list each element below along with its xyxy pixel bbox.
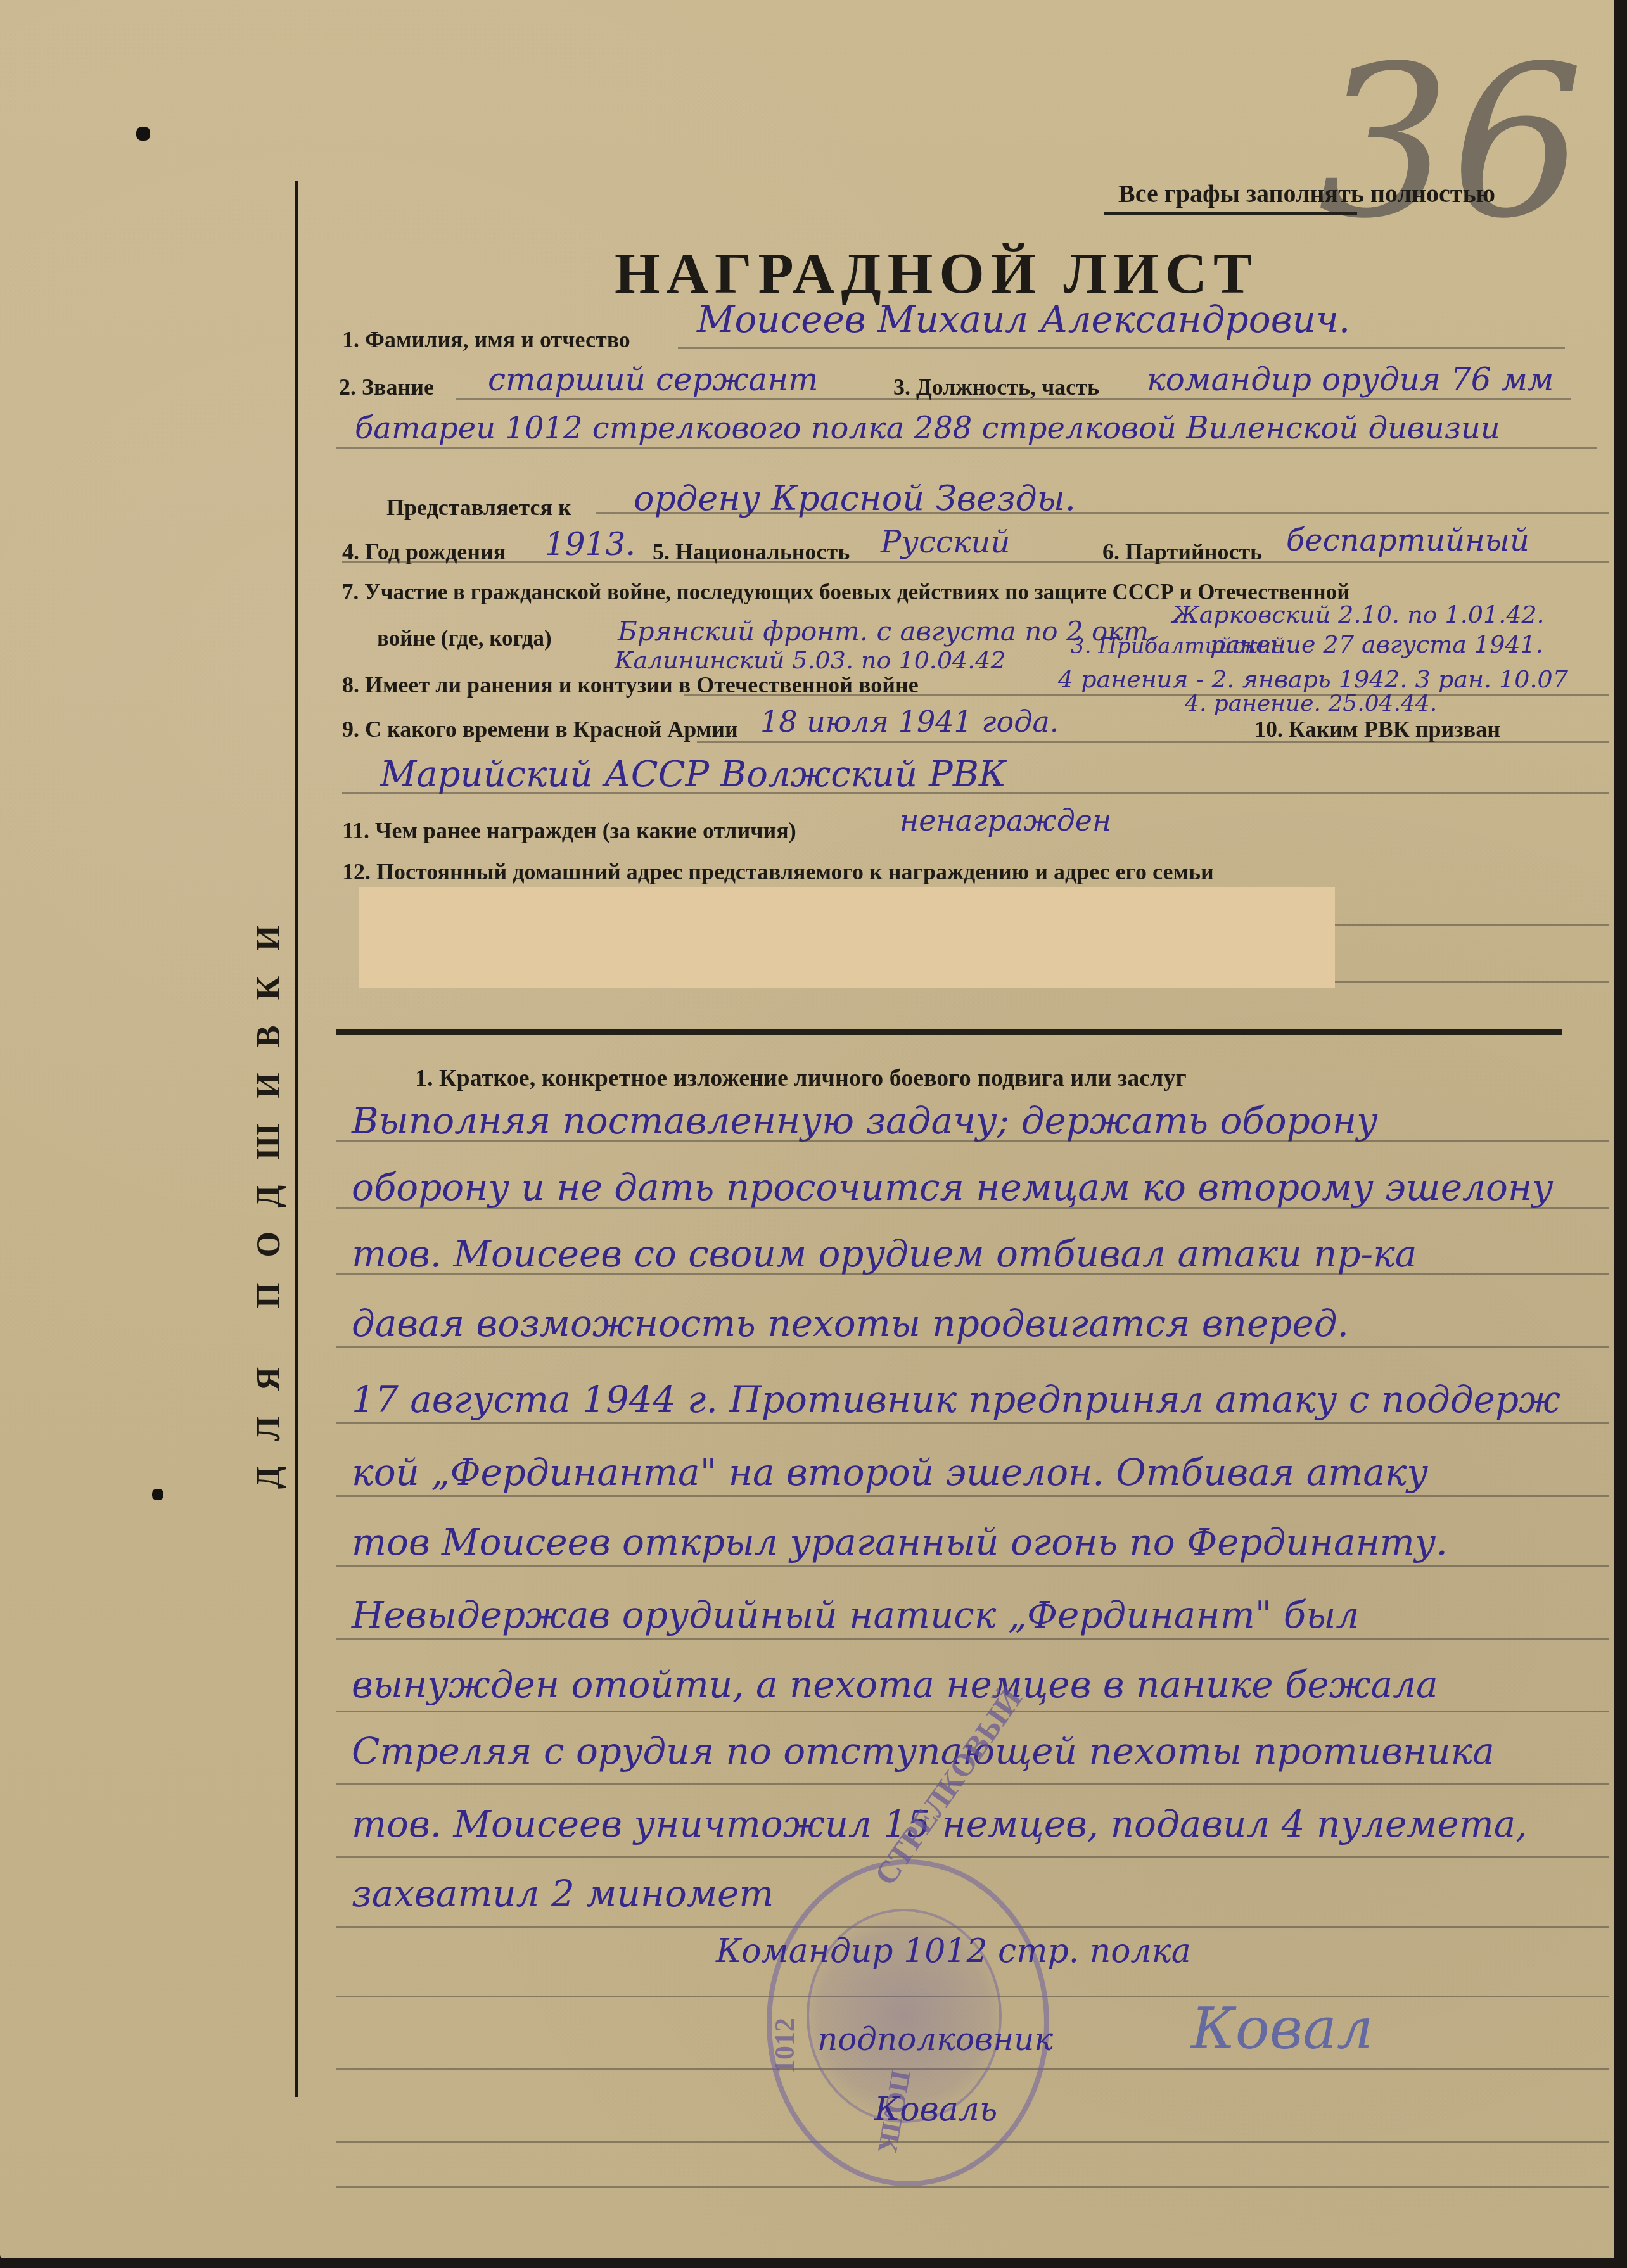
nominated-line: [596, 512, 1609, 514]
field-4-value: 1913.: [545, 526, 635, 563]
field-12-line-1: [1330, 924, 1609, 926]
signatory-rank: подполковник: [817, 2021, 1053, 2058]
feat-line: кой „Фердинанта" на второй эшелон. Отбив…: [352, 1451, 1428, 1494]
field-8-line: [684, 694, 1609, 696]
nominated-label: Представляется к: [386, 494, 571, 521]
page-title: НАГРАДНОЙ ЛИСТ: [615, 239, 1258, 307]
field-9-line: [697, 741, 1609, 743]
stamp-text-left: 1012: [769, 2018, 801, 2074]
ruled-line: [336, 1565, 1609, 1567]
field-10-value: Марийский АССР Волжский РВК: [380, 754, 1006, 795]
field-10-label: 10. Каким РВК призван: [1254, 716, 1500, 742]
feat-line: захватил 2 миномет: [352, 1872, 774, 1915]
ruled-line: [336, 1207, 1609, 1209]
ruled-line: [336, 1346, 1609, 1348]
ruled-line: [336, 2186, 1609, 2188]
feat-line: тов Моисеев открыл ураганный огонь по Фе…: [352, 1520, 1448, 1564]
section-separator: [336, 1029, 1562, 1035]
field-1-value: Моисеев Михаил Александрович.: [697, 298, 1350, 341]
field-4-line: [342, 561, 1609, 563]
ruled-line: [336, 1638, 1609, 1640]
field-12-label: 12. Постоянный домашний адрес представля…: [342, 858, 1214, 885]
feat-line: Невыдержав орудийный натиск „Фердинант" …: [352, 1593, 1359, 1636]
field-9-label: 9. С какого времени в Красной Армии: [342, 716, 738, 742]
archive-number: 36: [1318, 38, 1584, 247]
field-11-value: ненагражден: [900, 803, 1111, 838]
binding-margin-line: [295, 181, 298, 2097]
feat-section-heading: 1. Краткое, конкретное изложение личного…: [415, 1064, 1187, 1092]
feat-line: вынужден отойти, а пехота немцев в паник…: [352, 1663, 1438, 1706]
field-12-line-2: [1330, 981, 1609, 983]
field-11-label: 11. Чем ранее награжден (за какие отличи…: [342, 817, 796, 844]
field-7-value-front-2: Жарковский 2.10. по 1.01.42.: [1172, 601, 1545, 628]
field-2-value: старший сержант: [488, 361, 818, 398]
stamp-text-top: СТРЕЛКОВЫЙ: [867, 1681, 1030, 1892]
field-3-value-continued: батареи 1012 стрелкового полка 288 стрел…: [355, 411, 1500, 446]
signatory-name: Коваль: [874, 2091, 997, 2129]
feat-line: тов. Моисеев со своим орудием отбивал ат…: [352, 1232, 1417, 1275]
ruled-line: [336, 1140, 1609, 1142]
field-7-value-front-3: Калининский 5.03. по 10.04.42: [615, 646, 1006, 674]
ruled-line: [336, 1495, 1609, 1497]
award-sheet-page: ДЛЯ ПОДШИВКИ 36 Все графы заполнять полн…: [0, 0, 1614, 2258]
feat-line: Выполняя поставленную задачу; держать об…: [352, 1099, 1378, 1142]
binding-margin-label: ДЛЯ ПОДШИВКИ: [250, 900, 288, 1489]
feat-line: Стреляя с орудия по отступающей пехоты п…: [352, 1730, 1495, 1773]
signatory-autograph: Ковал: [1191, 1996, 1373, 2062]
field-3-label: 3. Должность, часть: [893, 374, 1099, 400]
ruled-line: [336, 1422, 1609, 1424]
feat-line: 17 августа 1944 г. Противник предпринял …: [352, 1378, 1560, 1421]
feat-line: оборону и не дать просочится немцам ко в…: [352, 1166, 1554, 1209]
field-6-value: беспартийный: [1286, 523, 1529, 558]
field-3-line: [336, 447, 1597, 449]
field-3-value: командир орудия 76 мм: [1147, 361, 1554, 398]
field-2-line: [456, 398, 1571, 400]
field-5-value: Русский: [881, 525, 1010, 560]
punch-hole: [136, 127, 150, 141]
field-2-label: 2. Звание: [339, 374, 434, 400]
notice-underline: [1104, 212, 1357, 215]
redacted-address: [359, 887, 1335, 988]
ruled-line: [336, 1856, 1609, 1858]
field-9-value: 18 июля 1941 года.: [760, 704, 1059, 739]
fill-notice: Все графы заполнять полностью: [1118, 179, 1495, 208]
field-7-label-continued: войне (где, когда): [377, 626, 552, 651]
feat-line: давая возможность пехоты продвигатся впе…: [352, 1302, 1349, 1345]
field-1-line: [678, 347, 1565, 349]
field-1-label: 1. Фамилия, имя и отчество: [342, 326, 630, 353]
field-8-value-1: ранение 27 августа 1941.: [1210, 630, 1543, 658]
ruled-line: [336, 1711, 1609, 1712]
field-8-value-2: 4 ранения - 2. январь 1942. 3 ран. 10.07: [1058, 665, 1568, 693]
field-10-line: [342, 792, 1609, 794]
ruled-line: [336, 1273, 1609, 1275]
signatory-title: Командир 1012 стр. полка: [716, 1932, 1191, 1970]
punch-hole: [152, 1489, 163, 1500]
